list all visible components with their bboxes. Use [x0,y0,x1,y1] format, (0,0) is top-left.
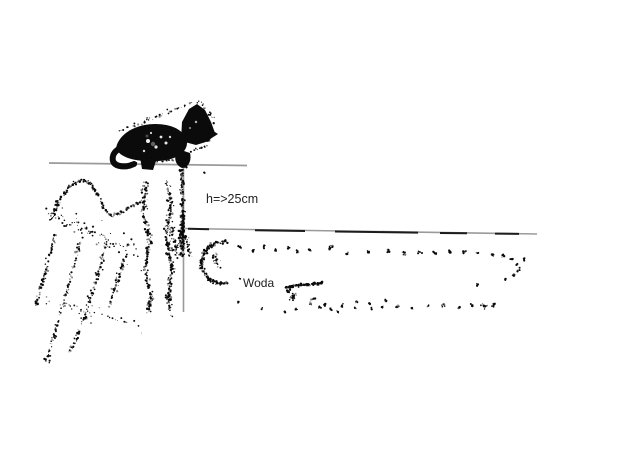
water-label: Woda [243,277,274,290]
paint-canvas: h=>25cm Woda [0,0,620,465]
animal-paw [140,157,157,170]
height-label: h=>25cm [206,193,258,207]
animal-figure [113,104,218,170]
sketch-drawing [0,0,620,465]
